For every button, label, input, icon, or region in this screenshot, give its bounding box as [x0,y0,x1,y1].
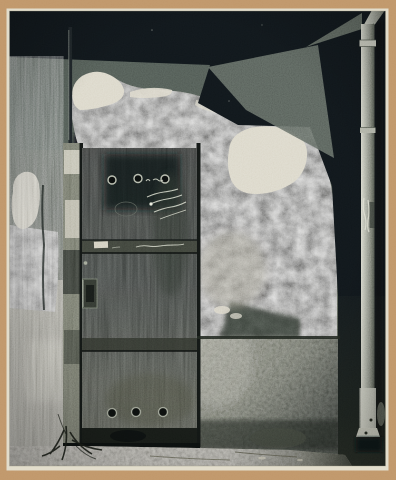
vignette [10,11,386,466]
photo-image [10,1,389,468]
mounted-photograph [0,0,396,480]
photo-artwork [0,0,396,480]
